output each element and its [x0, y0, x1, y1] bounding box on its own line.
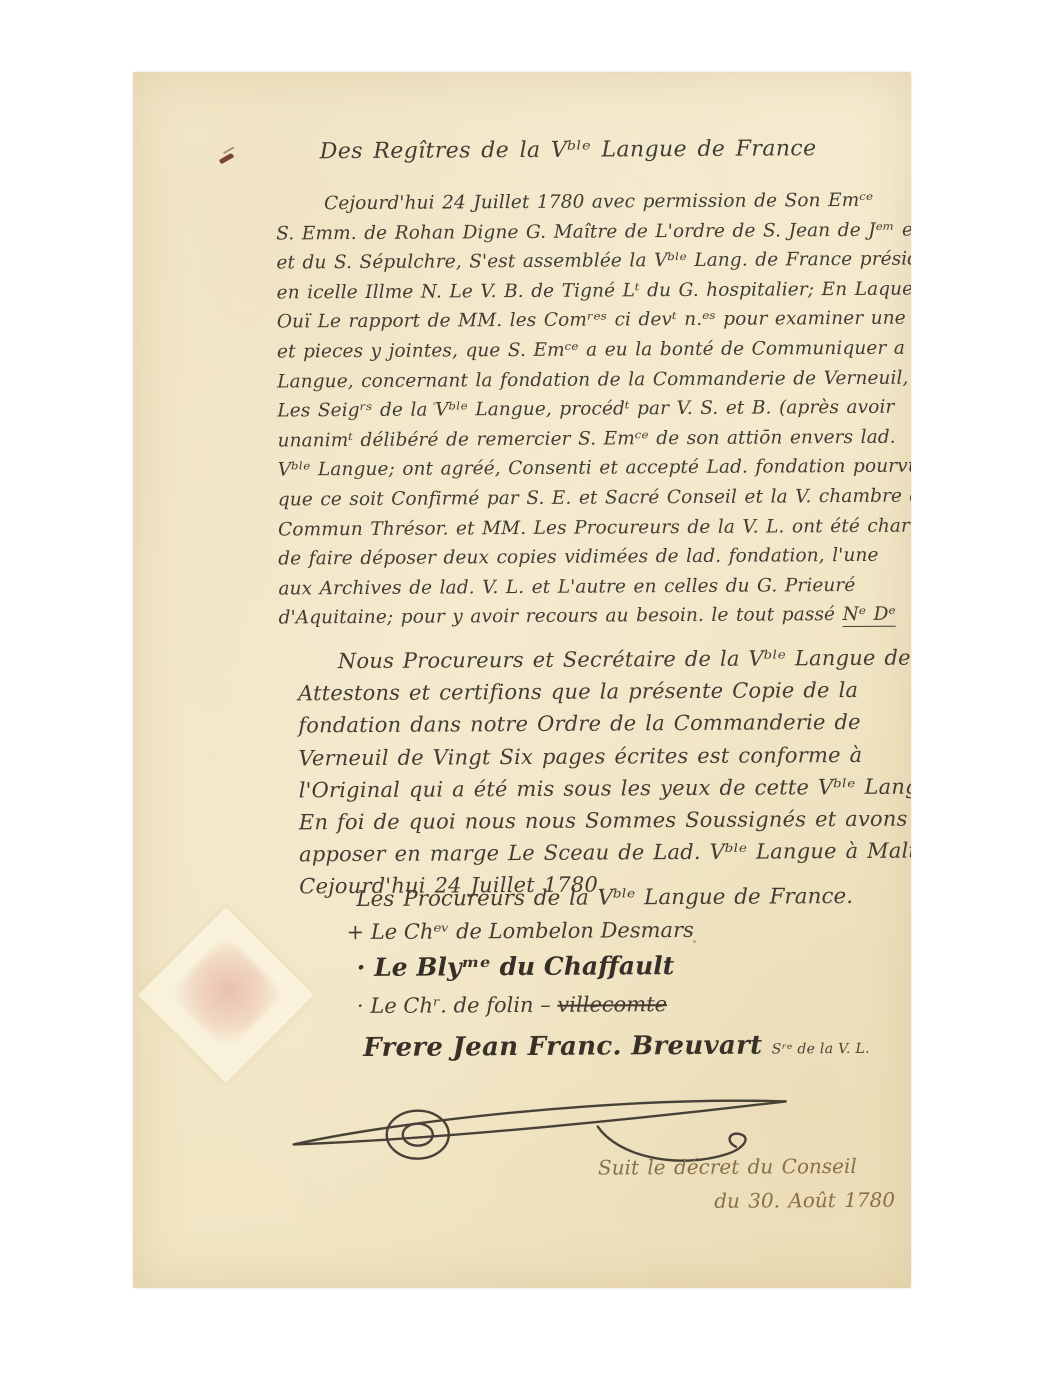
manuscript-line: Cejourd'hui 24 Juillet 1780 avec permiss…	[276, 185, 911, 219]
manuscript-line: et du S. Sépulchre, S'est assemblée la V…	[276, 244, 911, 278]
manuscript-line: et pieces y jointes, que S. Emᶜᵉ a eu la…	[277, 333, 911, 367]
document-title: Des Regîtres de la Vᵇˡᵉ Langue de France	[320, 136, 817, 164]
manuscript-line: Ouï Le rapport de MM. les Comʳᵉˢ ci devᵗ…	[277, 304, 911, 338]
manuscript-line-text: d'Aquitaine; pour y avoir recours au bes…	[279, 604, 843, 628]
secretary-signature: Frere Jean Franc. Breuvart Sʳᵉ de la V. …	[363, 1030, 870, 1063]
secretary-name: Frere Jean Franc. Breuvart	[363, 1031, 762, 1063]
signature-du-chaffault: · Le Blyᵐᵉ du Chaffault	[357, 951, 675, 982]
manuscript-line: Attestons et certifions que la présente …	[298, 673, 911, 709]
body-paragraph-1: Cejourd'hui 24 Juillet 1780 avec permiss…	[276, 185, 911, 633]
manuscript-line: Nous Procureurs et Secrétaire de la Vᵇˡᵉ…	[298, 641, 911, 677]
secretary-title: Sʳᵉ de la V. L.	[772, 1041, 870, 1058]
scanned-document: Des Regîtres de la Vᵇˡᵉ Langue de France…	[0, 0, 1040, 1387]
manuscript-line: Les Seigʳˢ de la Vᵇˡᵉ Langue, procédᵗ pa…	[277, 392, 911, 426]
manuscript-content: Des Regîtres de la Vᵇˡᵉ Langue de France…	[133, 72, 911, 1288]
body-paragraph-2: Nous Procureurs et Secrétaire de la Vᵇˡᵉ…	[298, 641, 911, 903]
manuscript-line: que ce soit Confirmé par S. E. et Sacré …	[278, 481, 911, 515]
manuscript-line: l'Original qui a été mis sous les yeux d…	[299, 770, 911, 806]
manuscript-line: S. Emm. de Rohan Digne G. Maître de L'or…	[276, 215, 911, 249]
manuscript-page: Des Regîtres de la Vᵇˡᵉ Langue de France…	[133, 72, 911, 1288]
manuscript-line: aux Archives de lad. V. L. et L'autre en…	[278, 570, 911, 604]
manuscript-line: apposer en marge Le Sceau de Lad. Vᵇˡᵉ L…	[299, 834, 911, 870]
manuscript-line: unanimᵗ délibéré de remercier S. Emᶜᵉ de…	[277, 422, 911, 456]
signature-folin-villecomte: · Le Chʳ. de folin – villecomte	[357, 992, 667, 1018]
signature-lombelon-desmars: + Le Chᵉᵛ de Lombelon Desmars	[346, 918, 693, 944]
manuscript-line: Langue, concernant la fondation de la Co…	[277, 363, 911, 397]
signature-text: · Le Chʳ. de folin –	[357, 993, 558, 1018]
manuscript-line: Verneuil de Vingt Six pages écrites est …	[298, 738, 911, 774]
underlined-reference: Nᵉ Dᵉ	[842, 604, 895, 627]
manuscript-line: en icelle Illme N. Le V. B. de Tigné Lᵗ …	[277, 274, 911, 308]
signatures-header: Les Procureurs de la Vᵇˡᵉ Langue de Fran…	[356, 884, 853, 912]
manuscript-line: Vᵇˡᵉ Langue; ont agréé, Consenti et acce…	[278, 452, 911, 486]
manuscript-line: d'Aquitaine; pour y avoir recours au bes…	[279, 599, 911, 633]
manuscript-line: Commun Thrésor. et MM. Les Procureurs de…	[278, 511, 911, 545]
manuscript-line: de faire déposer deux copies vidimées de…	[278, 540, 911, 574]
manuscript-line: fondation dans notre Ordre de la Command…	[298, 706, 911, 742]
manuscript-line: En foi de quoi nous nous Sommes Soussign…	[299, 802, 911, 838]
footer-note-line1: Suit le décret du Conseil	[598, 1154, 857, 1180]
struck-word: villecomte	[557, 992, 667, 1017]
footer-note-line2: du 30. Août 1780	[714, 1188, 895, 1213]
